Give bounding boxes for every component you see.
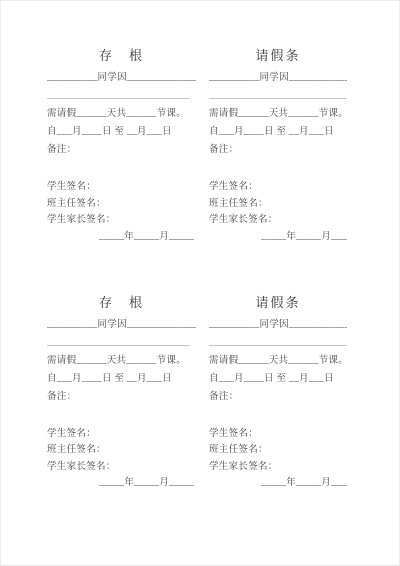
leave-duration-line: 需请假______天共______节课。 xyxy=(209,352,347,370)
parent-signature-label: 学生家长签名： xyxy=(209,212,347,229)
form-sheet-page: 存 根 __________同学因______________ ________… xyxy=(0,0,400,566)
form-title-stub: 存 根 xyxy=(47,295,196,310)
signature-block: 学生签名： 班主任签名： 学生家长签名： xyxy=(209,426,347,476)
student-signature-label: 学生签名： xyxy=(47,179,196,196)
date-blank-line: _____年_____月_____日 xyxy=(99,475,196,491)
remarks-label: 备注： xyxy=(209,141,347,159)
student-signature-label: 学生签名： xyxy=(209,179,347,196)
parent-signature-label: 学生家长签名： xyxy=(47,212,196,229)
signature-block: 学生签名： 班主任签名： 学生家长签名： xyxy=(47,179,196,229)
form-slip-top: 请假条 __________同学因______________ ________… xyxy=(209,48,347,245)
remarks-label: 备注： xyxy=(47,388,196,406)
date-blank-line: _____年_____月_____日 xyxy=(99,229,196,245)
form-stub-bottom: 存 根 __________同学因______________ ________… xyxy=(47,295,196,492)
head-teacher-signature-label: 班主任签名： xyxy=(47,196,196,213)
student-signature-label: 学生签名： xyxy=(47,426,196,443)
remarks-label: 备注： xyxy=(209,388,347,406)
date-blank-line: _____年_____月_____日 xyxy=(261,229,347,245)
signature-block: 学生签名： 班主任签名： 学生家长签名： xyxy=(47,426,196,476)
signature-block: 学生签名： 班主任签名： 学生家长签名： xyxy=(209,179,347,229)
reason-blank-line: ______________________________ xyxy=(209,334,347,352)
leave-dates-line: 自___月____日 至 __月___日 xyxy=(209,370,347,388)
leave-dates-line: 自___月____日 至 __月___日 xyxy=(47,370,196,388)
reason-blank-line: ______________________________ xyxy=(209,87,347,105)
date-blank-line: _____年_____月_____日 xyxy=(261,475,347,491)
student-name-blank-line: __________同学因______________ xyxy=(209,316,347,334)
reason-blank-line: ______________________________ xyxy=(47,334,196,352)
student-name-blank-line: __________同学因______________ xyxy=(209,69,347,87)
leave-duration-line: 需请假______天共______节课。 xyxy=(47,105,196,123)
parent-signature-label: 学生家长签名： xyxy=(47,459,196,476)
reason-blank-line: ______________________________ xyxy=(47,87,196,105)
form-title-slip: 请假条 xyxy=(209,295,347,310)
head-teacher-signature-label: 班主任签名： xyxy=(47,442,196,459)
student-name-blank-line: __________同学因______________ xyxy=(47,69,196,87)
form-title-stub: 存 根 xyxy=(47,48,196,63)
form-title-slip: 请假条 xyxy=(209,48,347,63)
form-slip-bottom: 请假条 __________同学因______________ ________… xyxy=(209,295,347,492)
head-teacher-signature-label: 班主任签名： xyxy=(209,442,347,459)
leave-dates-line: 自___月____日 至 __月___日 xyxy=(209,123,347,141)
parent-signature-label: 学生家长签名： xyxy=(209,459,347,476)
remarks-label: 备注： xyxy=(47,141,196,159)
leave-duration-line: 需请假______天共______节课。 xyxy=(47,352,196,370)
leave-dates-line: 自___月____日 至 __月___日 xyxy=(47,123,196,141)
student-signature-label: 学生签名： xyxy=(209,426,347,443)
leave-duration-line: 需请假______天共______节课。 xyxy=(209,105,347,123)
student-name-blank-line: __________同学因______________ xyxy=(47,316,196,334)
form-stub-top: 存 根 __________同学因______________ ________… xyxy=(47,48,196,245)
head-teacher-signature-label: 班主任签名： xyxy=(209,196,347,213)
